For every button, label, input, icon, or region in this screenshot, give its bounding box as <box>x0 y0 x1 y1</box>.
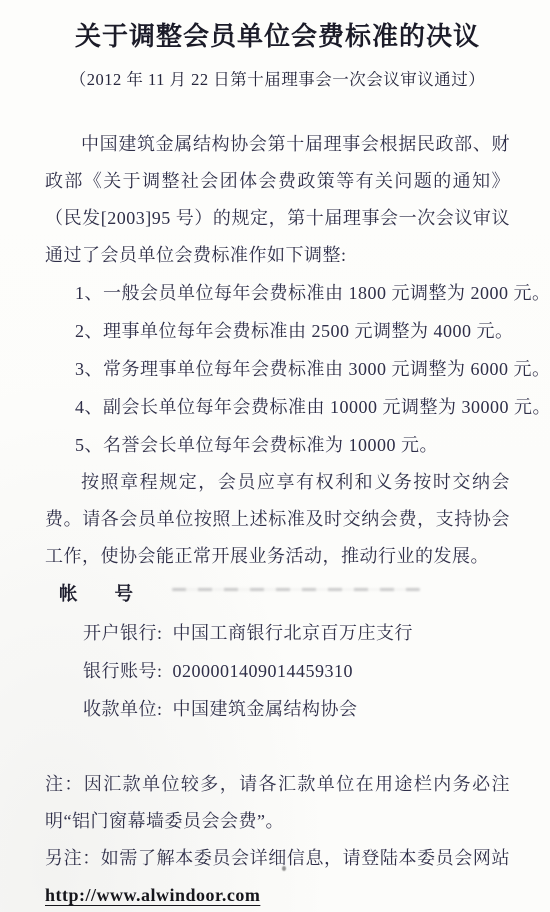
account-row-number: 银行账号:0200001409014459310 <box>45 652 510 690</box>
committee-website-link[interactable]: http://www.alwindoor.com <box>45 885 260 905</box>
remittance-note: 注：因汇款单位较多，请各汇款单位在用途栏内务必注明“铝门窗幕墙委员会会费”。 <box>45 766 510 840</box>
payee-label: 收款单位: <box>83 699 163 719</box>
obligation-paragraph: 按照章程规定，会员应享有权利和义务按时交纳会费。请各会员单位按照上述标准及时交纳… <box>45 464 510 575</box>
account-number-value: 0200001409014459310 <box>173 661 354 681</box>
document-subtitle: （2012 年 11 月 22 日第十届理事会一次会议审议通过） <box>45 66 510 90</box>
website-note: 另注：如需了解本委员会详细信息，请登陆本委员会网站 http://www.alw… <box>45 840 510 912</box>
fee-standard-list: 1、一般会员单位每年会费标准由 1800 元调整为 2000 元。 2、理事单位… <box>45 274 510 464</box>
bank-name-value: 中国工商银行北京百万庄支行 <box>173 623 414 643</box>
fee-item-executive-director-unit: 3、常务理事单位每年会费标准由 3000 元调整为 6000 元。 <box>45 350 510 388</box>
notes-section: 注：因汇款单位较多，请各汇款单位在用途栏内务必注明“铝门窗幕墙委员会会费”。 另… <box>45 766 510 912</box>
fee-item-director-unit: 2、理事单位每年会费标准由 2500 元调整为 4000 元。 <box>45 312 510 350</box>
document-title: 关于调整会员单位会费标准的决议 <box>45 16 510 53</box>
account-number-label: 银行账号: <box>83 661 163 681</box>
scan-smudge-artifact <box>172 588 420 591</box>
account-section-heading: 帐 号 <box>45 576 510 614</box>
payee-value: 中国建筑金属结构协会 <box>173 699 358 719</box>
scan-speck-artifact <box>282 866 286 871</box>
account-row-bank: 开户银行:中国工商银行北京百万庄支行 <box>45 614 510 652</box>
bank-name-label: 开户银行: <box>83 623 163 643</box>
website-note-text: 另注：如需了解本委员会详细信息，请登陆本委员会网站 <box>45 848 510 868</box>
fee-item-vice-president-unit: 4、副会长单位每年会费标准由 10000 元调整为 30000 元。 <box>45 388 510 426</box>
fee-item-honorary-president-unit: 5、名誉会长单位每年会费标准为 10000 元。 <box>45 426 510 464</box>
account-details: 开户银行:中国工商银行北京百万庄支行 银行账号:0200001409014459… <box>45 614 510 728</box>
intro-paragraph: 中国建筑金属结构协会第十届理事会根据民政部、财政部《关于调整社会团体会费政策等有… <box>45 126 510 274</box>
fee-item-general-member: 1、一般会员单位每年会费标准由 1800 元调整为 2000 元。 <box>45 274 510 312</box>
document-page: 关于调整会员单位会费标准的决议 （2012 年 11 月 22 日第十届理事会一… <box>0 0 550 912</box>
account-row-payee: 收款单位:中国建筑金属结构协会 <box>45 690 510 728</box>
